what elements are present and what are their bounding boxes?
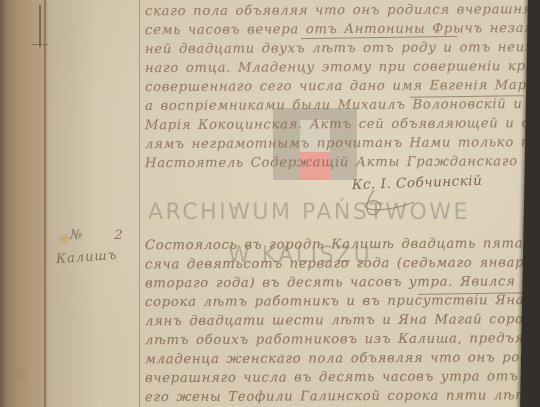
handwritten-line: семь часовъ вечера отъ Антонины Фрычъ не… — [145, 21, 540, 38]
handwritten-line: его жены Теофили Галинской сорока пяти л… — [145, 388, 540, 405]
handwritten-line: наго отца. Младенцу этому при совершеніи… — [145, 59, 540, 76]
handwritten-line: лѣтъ обоихъ работниковъ изъ Калиша, пред… — [145, 331, 540, 348]
watermark-text-line1: ARCHIWUM PAŃSTWOWE — [148, 200, 470, 225]
handwritten-line: Настоятель Содержащій Акты Гражданскаго … — [145, 154, 540, 171]
binding-stitch-thread — [39, 5, 41, 47]
handwritten-line: а воспріемниками были Михаилъ Волоновскі… — [145, 97, 523, 114]
signature-flourish — [356, 188, 420, 222]
handwritten-line: скаго пола объявляя что онъ родился вчер… — [145, 2, 540, 20]
handwritten-line: вчерашняго числа въ десять часовъ утра о… — [145, 369, 540, 386]
paper-stain — [10, 366, 30, 381]
handwritten-line: сорока лѣтъ работникъ и въ присутствіи Я… — [145, 293, 540, 310]
handwritten-line: втораго года) въ десять часовъ утра. Яви… — [145, 274, 540, 292]
margin-entry-number: № 2 — [70, 228, 124, 243]
gutter-shadow — [48, 0, 98, 407]
document-scan: ARCHIWUM PAŃSTWOWE W KALISZU скаго пола … — [0, 0, 540, 407]
ruled-margin-line — [139, 0, 140, 407]
handwritten-line: Состоялось въ городѣ Калишѣ двадцать пят… — [145, 236, 540, 254]
book-binding-edge — [0, 0, 46, 407]
handwritten-line: ней двадцати двухъ лѣтъ отъ роду и отъ н… — [145, 40, 540, 57]
handwritten-line: лямъ неграмотнымъ прочитанъ Нами только … — [145, 135, 540, 152]
handwritten-line: Марія Кокоцинская. Актъ сей объявляющей … — [145, 116, 540, 133]
handwritten-line: совершеннаго сего числа дано имя Евгенія… — [145, 78, 540, 95]
binding-stitch-cross — [32, 44, 48, 45]
handwritten-line: младенца женскаго пола объявляя что онъ … — [145, 350, 540, 368]
handwritten-line: лянъ двадцати шести лѣтъ и Яна Магай сор… — [145, 312, 540, 329]
handwritten-line: сяча девятьсотъ перваго года (седьмаго я… — [145, 255, 540, 273]
